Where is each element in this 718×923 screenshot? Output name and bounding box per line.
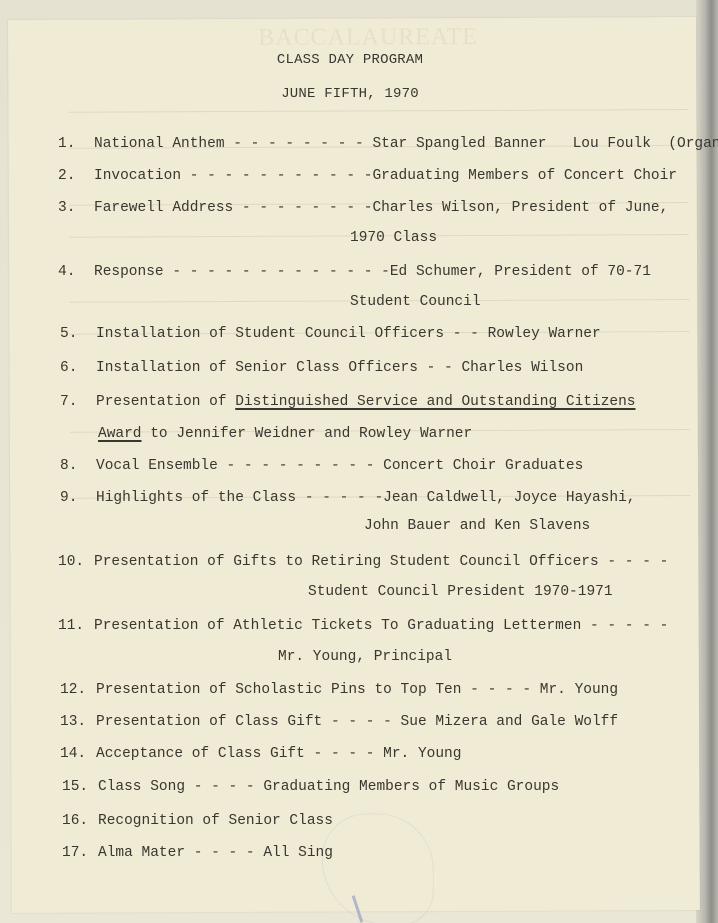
program-item-16: 16.Recognition of Senior Class [62, 813, 333, 829]
item-number: 9. [60, 490, 96, 506]
program-item-14: 14.Acceptance of Class Gift - - - - Mr. … [60, 746, 461, 762]
program-item-12: 12.Presentation of Scholastic Pins to To… [60, 682, 618, 698]
program-item-4: 4.Response - - - - - - - - - - - - -Ed S… [58, 264, 651, 280]
item-number: 4. [58, 264, 94, 280]
item-continuation: Award to Jennifer Weidner and Rowley War… [98, 426, 472, 442]
item-continuation: John Bauer and Ken Slavens [364, 518, 590, 534]
page-date: JUNE FIFTH, 1970 [0, 86, 700, 102]
item-number: 17. [62, 845, 98, 861]
item-text: Highlights of the Class - - - - -Jean Ca… [96, 490, 636, 506]
item-number: 10. [58, 554, 94, 570]
item-number: 15. [62, 779, 98, 795]
item-number: 11. [58, 618, 94, 634]
page-title: CLASS DAY PROGRAM [0, 52, 700, 68]
program-item-1: 1.National Anthem - - - - - - - - Star S… [58, 136, 718, 152]
item-text: Alma Mater - - - - All Sing [98, 845, 333, 861]
item-text: Presentation of Scholastic Pins to Top T… [96, 682, 618, 698]
award-word-underlined: Award [98, 426, 142, 442]
item-text: Presentation of Class Gift - - - - Sue M… [96, 714, 618, 730]
item-text: National Anthem - - - - - - - - Star Spa… [94, 136, 718, 152]
program-item-15: 15.Class Song - - - - Graduating Members… [62, 779, 559, 795]
item-text: Invocation - - - - - - - - - - -Graduati… [94, 168, 677, 184]
item-number: 14. [60, 746, 96, 762]
item-text: Acceptance of Class Gift - - - - Mr. You… [96, 746, 461, 762]
item-number: 8. [60, 458, 96, 474]
item-continuation: Mr. Young, Principal [278, 649, 452, 665]
program-item-5: 5.Installation of Student Council Office… [60, 326, 601, 342]
item-number: 12. [60, 682, 96, 698]
item-text: Installation of Senior Class Officers - … [96, 360, 583, 376]
item-continuation: Student Council President 1970-1971 [308, 584, 613, 600]
item-number: 1. [58, 136, 94, 152]
program-item-9: 9.Highlights of the Class - - - - -Jean … [60, 490, 636, 506]
program-item-7: 7.Presentation of Distinguished Service … [60, 394, 636, 410]
item-text: Presentation of Gifts to Retiring Studen… [94, 554, 668, 570]
program-item-17: 17.Alma Mater - - - - All Sing [62, 845, 333, 861]
program-item-10: 10.Presentation of Gifts to Retiring Stu… [58, 554, 668, 570]
item-number: 7. [60, 394, 96, 410]
program-item-6: 6.Installation of Senior Class Officers … [60, 360, 583, 376]
item-number: 3. [58, 200, 94, 216]
item-number: 13. [60, 714, 96, 730]
item-continuation: Student Council [350, 294, 481, 310]
item-text: Presentation of Athletic Tickets To Grad… [94, 618, 668, 634]
item-number: 2. [58, 168, 94, 184]
award-recipients: to Jennifer Weidner and Rowley Warner [142, 426, 473, 442]
item-continuation: 1970 Class [350, 230, 437, 246]
item-text: Recognition of Senior Class [98, 813, 333, 829]
program-item-3: 3.Farewell Address - - - - - - - -Charle… [58, 200, 668, 216]
item-text-prefix: Presentation of [96, 394, 235, 410]
program-item-11: 11.Presentation of Athletic Tickets To G… [58, 618, 668, 634]
item-number: 5. [60, 326, 96, 342]
program-item-13: 13.Presentation of Class Gift - - - - Su… [60, 714, 618, 730]
item-number: 16. [62, 813, 98, 829]
item-text: Class Song - - - - Graduating Members of… [98, 779, 559, 795]
program-text: CLASS DAY PROGRAM JUNE FIFTH, 1970 1.Nat… [0, 0, 718, 923]
item-text: Vocal Ensemble - - - - - - - - - Concert… [96, 458, 583, 474]
item-text: Installation of Student Council Officers… [96, 326, 601, 342]
item-number: 6. [60, 360, 96, 376]
item-text: Farewell Address - - - - - - - -Charles … [94, 200, 668, 216]
award-name-underlined: Distinguished Service and Outstanding Ci… [235, 394, 635, 410]
program-item-2: 2.Invocation - - - - - - - - - - -Gradua… [58, 168, 677, 184]
item-text: Response - - - - - - - - - - - - -Ed Sch… [94, 264, 651, 280]
program-item-8: 8.Vocal Ensemble - - - - - - - - - Conce… [60, 458, 583, 474]
